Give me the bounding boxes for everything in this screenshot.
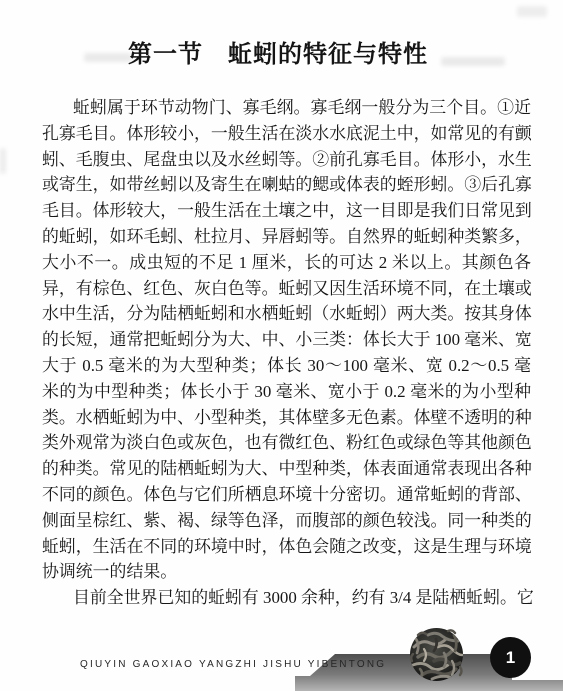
text-line: 目前全世界已知的蚯蚓有 3000 余种，约有 3/4 是陆栖蚯蚓。它 <box>42 585 531 611</box>
text-line: 大小不一。成虫短的不足 1 厘米，长的可达 2 米以上。其颜色各 <box>42 250 531 276</box>
text-line: 的长短，通常把蚯蚓分为大、中、小三类：体长大于 100 毫米、宽 <box>42 327 531 353</box>
text-line: 米的为中型种类；体长小于 30 毫米、宽小于 0.2 毫米的为小型种 <box>42 379 531 405</box>
text-line: 侧面呈棕红、紫、褐、绿等色泽，而腹部的颜色较浅。同一种类的 <box>42 508 531 534</box>
text-line: 蚯蚓，生活在不同的环境中时，体色会随之改变，这是生理与环境 <box>42 534 531 560</box>
text-line: 孔寡毛目。体形较小，一般生活在淡水水底泥土中，如常见的有颤 <box>42 121 531 147</box>
scan-smudge <box>517 6 547 17</box>
text-line: 类。水栖蚯蚓为中、小型种类，其体壁多无色素。体壁不透明的种 <box>42 405 531 431</box>
text-line: 蚓、毛腹虫、尾盘虫以及水丝蚓等。②前孔寡毛目。体形小，水生 <box>42 147 531 173</box>
page-number: 1 <box>506 648 515 668</box>
text-line: 的蚯蚓，如环毛蚓、杜拉月、异唇蚓等。自然界的蚯蚓种类繁多， <box>42 224 531 250</box>
text-line: 类外观常为淡白色或灰色，也有微红色、粉红色或绿色等其他颜色 <box>42 430 531 456</box>
text-line: 大于 0.5 毫米的为大型种类；体长 30～100 毫米、宽 0.2～0.5 毫 <box>42 353 531 379</box>
text-line: 水中生活，分为陆栖蚯蚓和水栖蚯蚓（水蚯蚓）两大类。按其身体 <box>42 301 531 327</box>
scan-smudge <box>0 148 6 174</box>
text-line: 毛目。体形较大，一般生活在土壤之中，这一目即是我们日常见到 <box>42 198 531 224</box>
text-line: 的种类。常见的陆栖蚯蚓为大、中型种类，体表面通常表现出各种 <box>42 456 531 482</box>
earthworm-ball-photo <box>408 627 465 682</box>
text-line: 不同的颜色。体色与它们所栖息环境十分密切。通常蚯蚓的背部、 <box>42 482 531 508</box>
book-page: 第一节 蚯蚓的特征与特性 蚯蚓属于环节动物门、寡毛纲。寡毛纲一般分为三个目。①近… <box>0 0 563 691</box>
section-title: 第一节 蚯蚓的特征与特性 <box>0 40 556 70</box>
text-line: 或寄生，如带丝蚓以及寄生在喇蛄的鳃或体表的蛭形蚓。③后孔寡 <box>42 172 531 198</box>
page-number-badge: 1 <box>490 637 531 678</box>
footer-pinyin: QIUYIN GAOXIAO YANGZHI JISHU YIBENTONG <box>80 659 386 670</box>
text-line: 异，有棕色、红色、灰白色等。蚯蚓又因生活环境不同，在土壤或 <box>42 276 531 302</box>
body-text: 蚯蚓属于环节动物门、寡毛纲。寡毛纲一般分为三个目。①近孔寡毛目。体形较小，一般生… <box>42 95 531 611</box>
text-line: 蚯蚓属于环节动物门、寡毛纲。寡毛纲一般分为三个目。①近 <box>42 95 531 121</box>
text-line: 协调统一的结果。 <box>42 559 531 585</box>
